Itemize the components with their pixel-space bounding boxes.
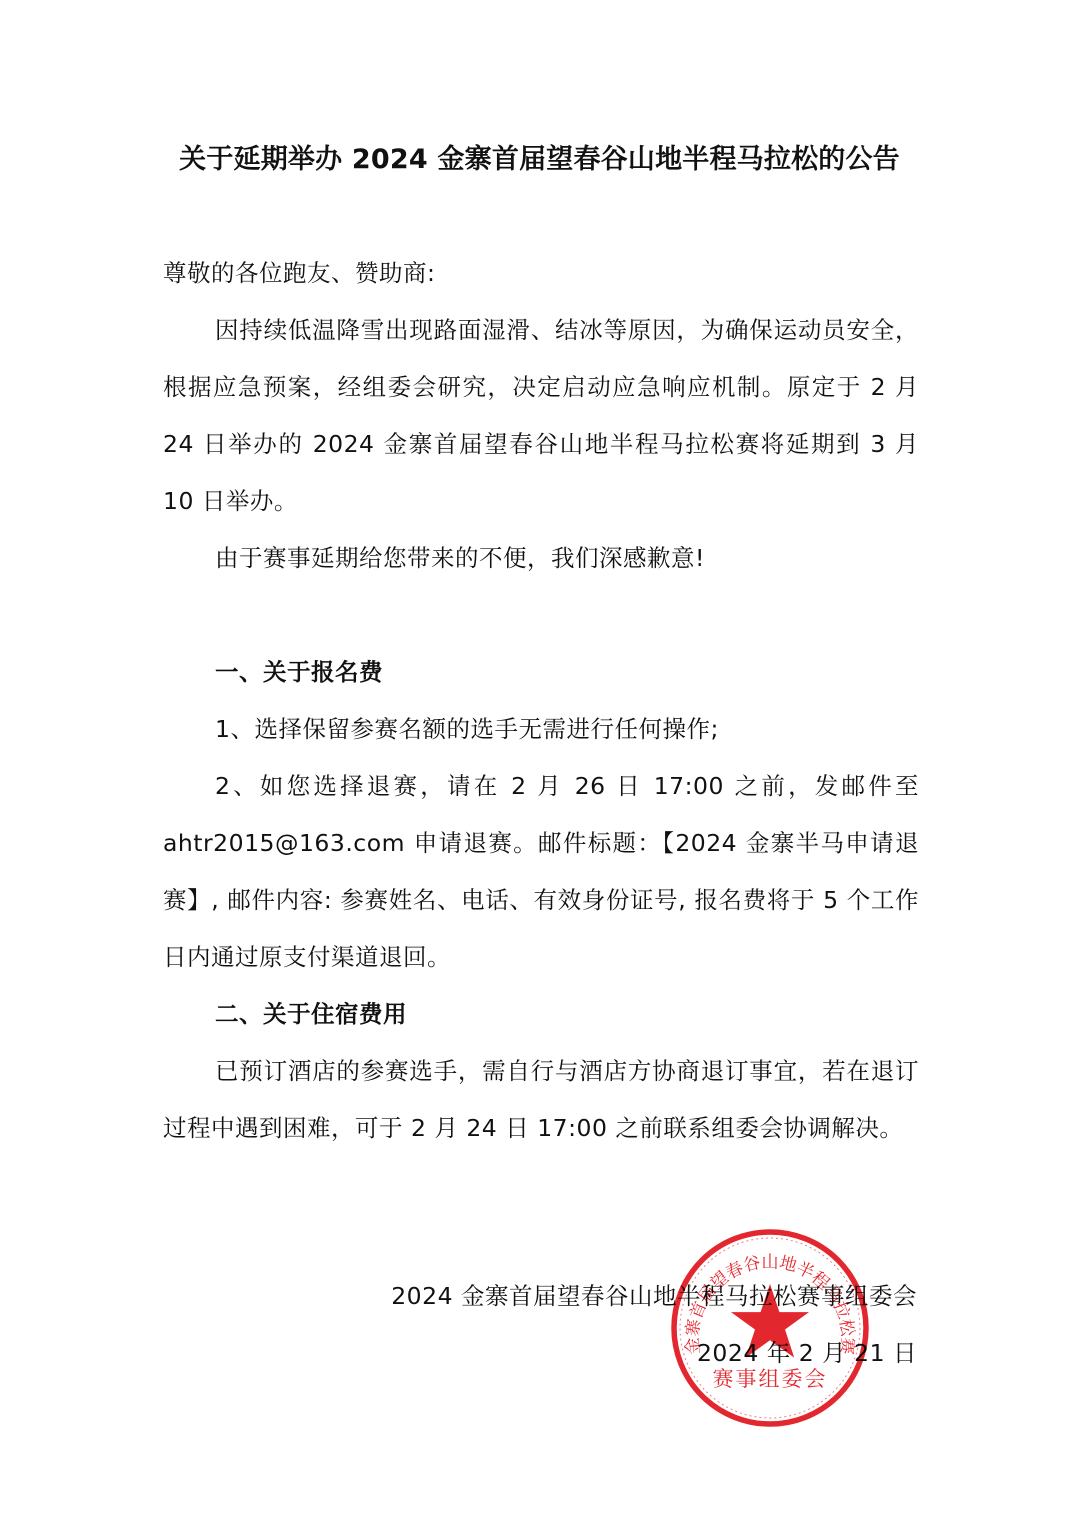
registration-item-withdraw: 2、如您选择退赛，请在 2 月 26 日 17:00 之前，发邮件至 ahtr2… [163,758,919,986]
registration-item-keep-slot: 1、选择保留参赛名额的选手无需进行任何操作; [163,701,919,758]
section-heading-accommodation: 二、关于住宿费用 [163,986,919,1043]
salutation: 尊敬的各位跑友、赞助商: [163,245,919,302]
paragraph-apology: 由于赛事延期给您带来的不便，我们深感歉意! [163,530,919,587]
section-heading-registration-fee: 一、关于报名费 [163,644,919,701]
spacer [163,587,919,644]
document-title: 关于延期举办 2024 金寨首届望春谷山地半程马拉松的公告 [0,138,1079,182]
official-seal-stamp: 金寨首届望春谷山地半程马拉松赛 赛事组委会 [668,1226,872,1430]
document-body: 尊敬的各位跑友、赞助商: 因持续低温降雪出现路面湿滑、结冰等原因，为确保运动员安… [163,245,919,1157]
announcement-page: 关于延期举办 2024 金寨首届望春谷山地半程马拉松的公告 尊敬的各位跑友、赞助… [0,0,1079,1526]
accommodation-paragraph: 已预订酒店的参赛选手，需自行与酒店方协商退订事宜，若在退订过程中遇到困难，可于 … [163,1043,919,1157]
stamp-center-text: 赛事组委会 [713,1367,828,1391]
paragraph-postponement: 因持续低温降雪出现路面湿滑、结冰等原因，为确保运动员安全，根据应急预案，经组委会… [163,302,919,530]
star-icon [731,1284,809,1358]
